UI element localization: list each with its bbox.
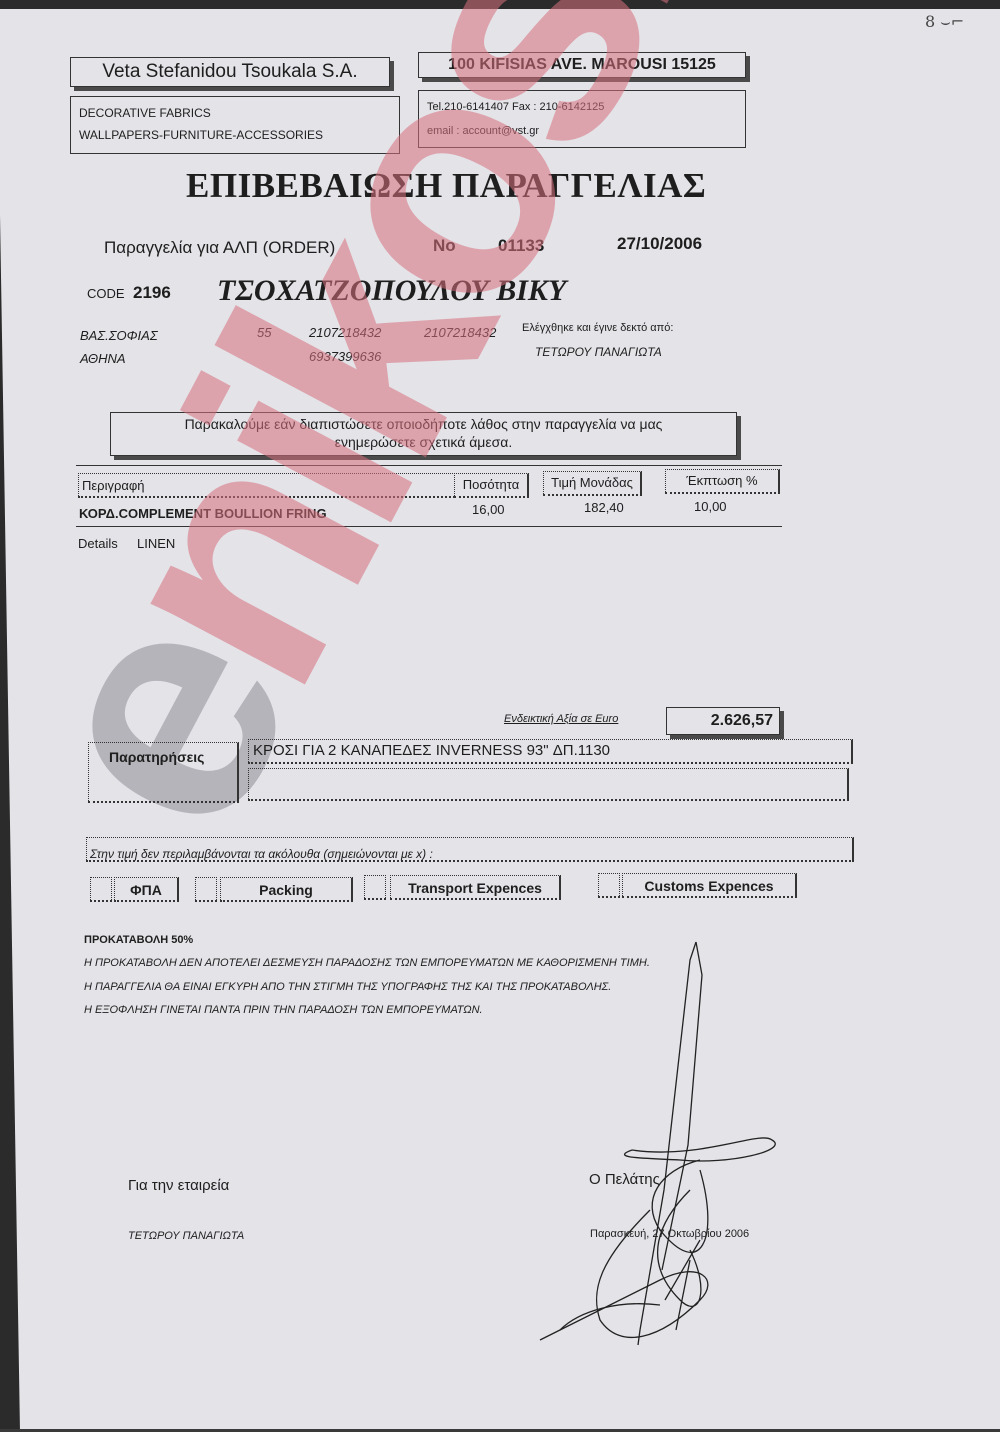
customer-code-label: CODE <box>87 286 125 301</box>
term-line: Η ΠΡΟΚΑΤΑΒΟΛΗ ΔΕΝ ΑΠΟΤΕΛΕΙ ΔΕΣΜΕΥΣΗ ΠΑΡΑ… <box>84 957 650 969</box>
contact-box: Tel.210-6141407 Fax : 210-6142125 email … <box>418 90 746 148</box>
customer-street: ΒΑΣ.ΣΟΦΙΑΣ <box>80 328 158 343</box>
item-unit-price: 182,40 <box>584 500 624 515</box>
business-lines-box: DECORATIVE FABRICS WALLPAPERS-FURNITURE-… <box>70 96 400 154</box>
column-header-discount: Έκπτωση % <box>665 469 780 494</box>
table-bottom-rule <box>76 526 782 527</box>
watermark-e: e <box>0 564 356 883</box>
handwritten-signature <box>0 0 1000 1432</box>
customer-mobile: 6937399636 <box>309 349 381 364</box>
phone-fax: Tel.210-6141407 Fax : 210-6142125 <box>427 101 604 113</box>
order-number: 01133 <box>498 236 544 256</box>
company-signature-label: Για την εταιρεία <box>128 1177 229 1194</box>
item-description: ΚΟΡΔ.COMPLEMENT BOULLION FRING <box>79 506 327 521</box>
packing-option-label: Packing <box>220 877 353 902</box>
vat-checkbox <box>90 877 112 902</box>
client-signature-label: Ο Πελάτης <box>589 1171 660 1188</box>
exclusions-label: Στην τιμή δεν περιλαμβάνονται τα ακόλουθ… <box>86 837 854 862</box>
details-value: LINEN <box>137 536 175 551</box>
order-no-label: No <box>433 236 456 256</box>
term-line: Η ΕΞΟΦΛΗΣΗ ΓΙΝΕΤΑΙ ΠΑΝΤΑ ΠΡΙΝ ΤΗΝ ΠΑΡΑΔΟ… <box>84 1004 483 1016</box>
customs-option-label: Customs Expences <box>622 873 797 898</box>
customer-street-number: 55 <box>257 325 271 340</box>
term-line: Η ΠΑΡΑΓΓΕΛΙΑ ΘΑ ΕΙΝΑΙ ΕΓΚΥΡΗ ΑΠΟ ΤΗΝ ΣΤΙ… <box>84 981 611 993</box>
customer-city: ΑΘΗΝΑ <box>80 351 126 366</box>
table-top-rule <box>76 465 782 466</box>
remarks-label-box: Παρατηρήσεις <box>88 742 239 803</box>
document-page: 8 ⌣⌐ Veta Stefanidou Tsoukala S.A. 100 K… <box>0 0 1000 1432</box>
column-header-description: Περιγραφή <box>78 473 455 498</box>
company-signer-name: ΤΕΤΩΡΟΥ ΠΑΝΑΓΙΩΤΑ <box>128 1230 244 1242</box>
packing-checkbox <box>195 877 217 902</box>
checked-by-name: ΤΕΤΩΡΟΥ ΠΑΝΑΓΙΩΤΑ <box>535 345 662 359</box>
document-title: ΕΠΙΒΕΒΑΙΩΣΗ ΠΑΡΑΓΓΕΛΙΑΣ <box>186 166 706 206</box>
total-value: 2.626,57 <box>666 707 780 735</box>
client-signature-date: Παρασκευή, 27 Οκτωβρίου 2006 <box>590 1228 749 1240</box>
notice-line: Παρακαλούμε εάν διαπιστώσετε οποιοδήποτε… <box>111 415 736 433</box>
customer-name: ΤΣΟΧΑΤΖΟΠΟΥΛΟΥ ΒΙΚΥ <box>217 274 566 308</box>
remarks-label: Παρατηρήσεις <box>109 749 204 765</box>
notice-box: Παρακαλούμε εάν διαπιστώσετε οποιοδήποτε… <box>110 412 737 456</box>
scan-edge-top <box>0 0 1000 9</box>
company-name: Veta Stefanidou Tsoukala S.A. <box>70 57 390 87</box>
remarks-field-1: ΚΡΟΣΙ ΓΙΑ 2 ΚΑΝΑΠΕΔΕΣ INVERNESS 93" ΔΠ.1… <box>248 739 853 764</box>
customer-code: 2196 <box>133 283 171 303</box>
customs-checkbox <box>598 873 620 898</box>
details-label: Details <box>78 536 118 551</box>
total-label: Ενδεικτική Αξία σε Euro <box>504 713 618 725</box>
column-header-unit-price: Τιμή Μονάδας <box>543 471 642 496</box>
notice-line: ενημερώσετε σχετικά άμεσα. <box>111 433 736 451</box>
handwritten-page-mark: 8 ⌣⌐ <box>925 12 964 32</box>
company-address: 100 KIFISIAS AVE. MAROUSI 15125 <box>418 52 746 78</box>
transport-option-label: Transport Expences <box>390 875 561 900</box>
remarks-field-2 <box>248 768 849 801</box>
order-label: Παραγγελία για ΑΛΠ (ORDER) <box>104 238 335 258</box>
customer-phone-2: 2107218432 <box>424 325 496 340</box>
transport-checkbox <box>364 875 386 900</box>
customer-phone-1: 2107218432 <box>309 325 381 340</box>
business-line: WALLPAPERS-FURNITURE-ACCESSORIES <box>79 128 323 142</box>
deposit-title: ΠΡΟΚΑΤΑΒΟΛΗ 50% <box>84 934 193 946</box>
checked-by-label: Ελέγχθηκε και έγινε δεκτό από: <box>522 322 673 334</box>
email: email : account@vst.gr <box>427 125 539 137</box>
item-quantity: 16,00 <box>472 502 505 517</box>
vat-option-label: ΦΠΑ <box>114 877 179 902</box>
business-line: DECORATIVE FABRICS <box>79 106 211 120</box>
order-date: 27/10/2006 <box>617 234 702 254</box>
column-header-quantity: Ποσότητα <box>454 473 529 498</box>
scan-edge-left <box>0 0 20 1432</box>
item-discount: 10,00 <box>694 499 727 514</box>
